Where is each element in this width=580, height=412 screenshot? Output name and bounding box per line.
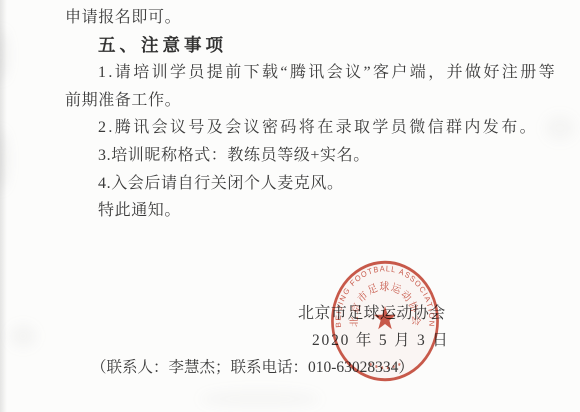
scan-artifact bbox=[200, 390, 320, 408]
body-line: 1.请培训学员提前下载“腾讯会议”客户端，并做好注册等 bbox=[65, 59, 570, 87]
scan-artifact bbox=[0, 30, 8, 80]
scan-artifact bbox=[0, 0, 7, 412]
body-line: 2.腾讯会议号及会议密码将在录取学员微信群内发布。 bbox=[65, 114, 570, 142]
scan-artifact bbox=[10, 325, 36, 347]
section-heading: 五、注意事项 bbox=[65, 32, 570, 60]
official-seal: BEIJING FOOTBALL ASSOCIATION 北京市足球运动协会 bbox=[328, 257, 443, 385]
body-line: 3.培训昵称格式：教练员等级+实名。 bbox=[65, 142, 570, 170]
notice-body: 申请报名即可。 五、注意事项 1.请培训学员提前下载“腾讯会议”客户端，并做好注… bbox=[65, 4, 570, 225]
body-line: 申请报名即可。 bbox=[65, 4, 570, 32]
body-line: 4.入会后请自行关闭个人麦克风。 bbox=[65, 170, 570, 198]
body-line: 前期准备工作。 bbox=[65, 87, 570, 115]
document-page: 申请报名即可。 五、注意事项 1.请培训学员提前下载“腾讯会议”客户端，并做好注… bbox=[0, 0, 580, 412]
body-line: 特此通知。 bbox=[65, 197, 570, 225]
scan-artifact bbox=[0, 130, 8, 190]
